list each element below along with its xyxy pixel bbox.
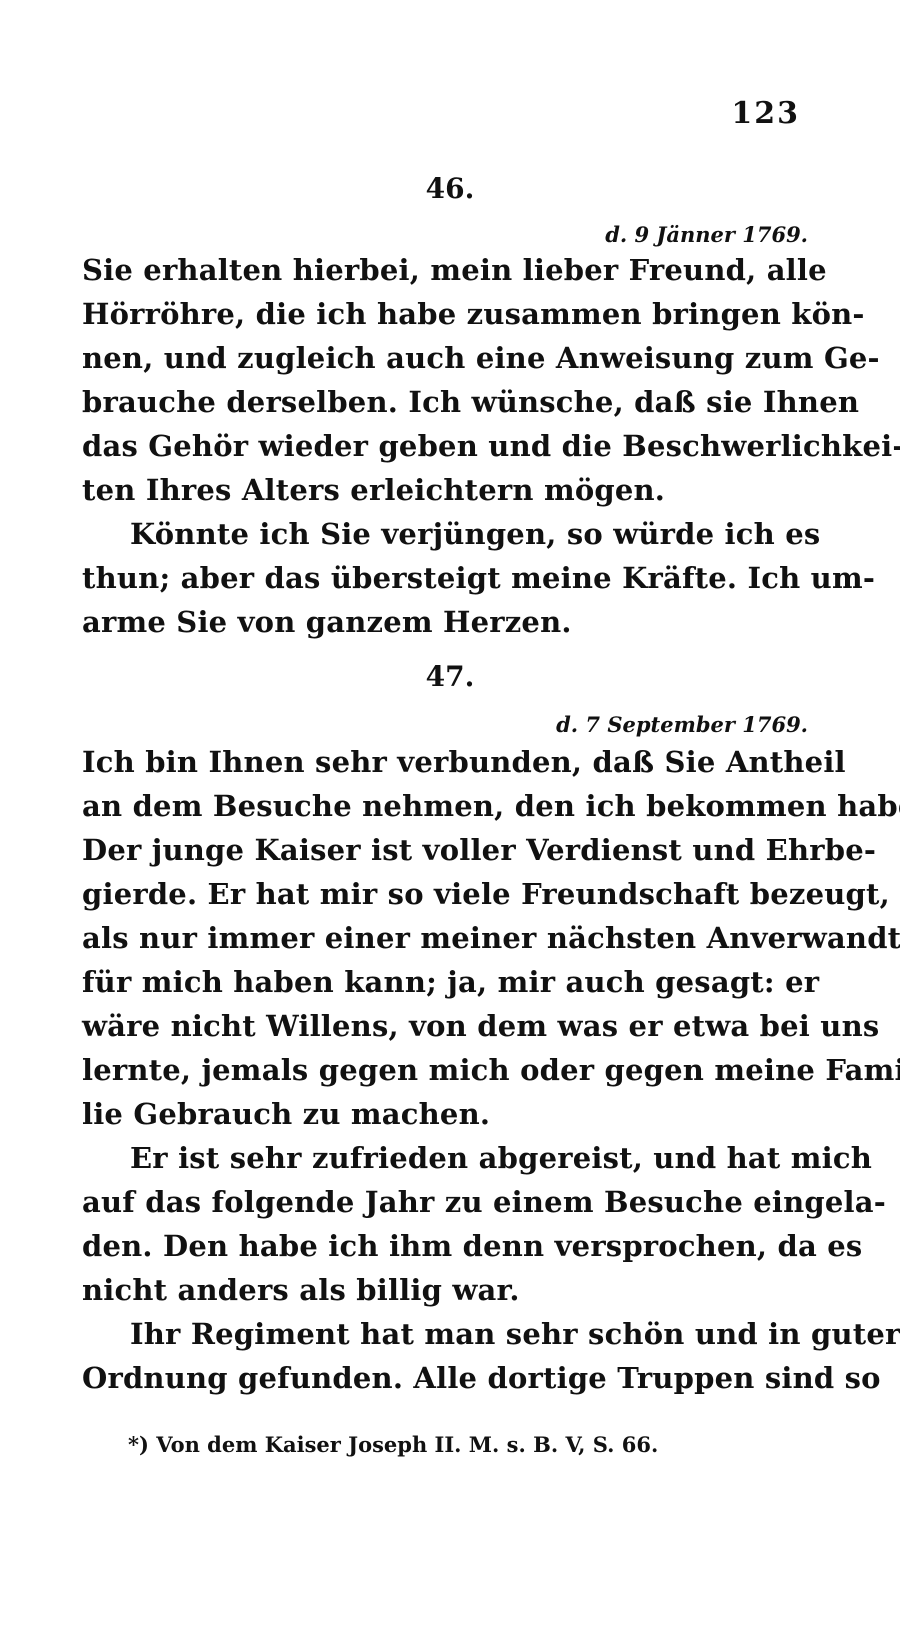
text-line: für mich haben kann; ja, mir auch gesagt… bbox=[82, 960, 810, 1004]
letter-date-46: d. 9 Jänner 1769. bbox=[605, 222, 808, 247]
text-line: Ich bin Ihnen sehr verbunden, daß Sie An… bbox=[82, 740, 810, 784]
letter-number-47: 47. bbox=[0, 660, 900, 693]
letter-body-47: Ich bin Ihnen sehr verbunden, daß Sie An… bbox=[82, 740, 810, 1400]
text-line: nen, und zugleich auch eine Anweisung zu… bbox=[82, 336, 810, 380]
text-line: Ihr Regiment hat man sehr schön und in g… bbox=[82, 1312, 810, 1356]
letter-date-47: d. 7 September 1769. bbox=[556, 712, 808, 737]
text-line: lie Gebrauch zu machen. bbox=[82, 1092, 810, 1136]
page-number: 123 bbox=[731, 96, 800, 131]
text-line: brauche derselben. Ich wünsche, daß sie … bbox=[82, 380, 810, 424]
letter-body-46: Sie erhalten hierbei, mein lieber Freund… bbox=[82, 248, 810, 644]
text-line: nicht anders als billig war. bbox=[82, 1268, 810, 1312]
text-line: gierde. Er hat mir so viele Freundschaft… bbox=[82, 872, 810, 916]
text-line: auf das folgende Jahr zu einem Besuche e… bbox=[82, 1180, 810, 1224]
footnote: *) Von dem Kaiser Joseph II. M. s. B. V,… bbox=[128, 1432, 658, 1457]
text-line: als nur immer einer meiner nächsten Anve… bbox=[82, 916, 810, 960]
text-line: ten Ihres Alters erleichtern mögen. bbox=[82, 468, 810, 512]
text-line: lernte, jemals gegen mich oder gegen mei… bbox=[82, 1048, 810, 1092]
letter-number-46: 46. bbox=[0, 172, 900, 205]
text-line: das Gehör wieder geben und die Beschwerl… bbox=[82, 424, 810, 468]
text-line: den. Den habe ich ihm denn versprochen, … bbox=[82, 1224, 810, 1268]
text-line: Sie erhalten hierbei, mein lieber Freund… bbox=[82, 248, 810, 292]
text-line: thun; aber das übersteigt meine Kräfte. … bbox=[82, 556, 810, 600]
text-line: arme Sie von ganzem Herzen. bbox=[82, 600, 810, 644]
text-line: an dem Besuche nehmen, den ich bekommen … bbox=[82, 784, 810, 828]
text-line: Hörröhre, die ich habe zusammen bringen … bbox=[82, 292, 810, 336]
text-line: Ordnung gefunden. Alle dortige Truppen s… bbox=[82, 1356, 810, 1400]
text-line: wäre nicht Willens, von dem was er etwa … bbox=[82, 1004, 810, 1048]
text-line: Der junge Kaiser ist voller Verdienst un… bbox=[82, 828, 810, 872]
text-line: Er ist sehr zufrieden abgereist, und hat… bbox=[82, 1136, 810, 1180]
book-page: 123 46. d. 9 Jänner 1769. Sie erhalten h… bbox=[0, 0, 900, 1652]
text-line: Könnte ich Sie verjüngen, so würde ich e… bbox=[82, 512, 810, 556]
